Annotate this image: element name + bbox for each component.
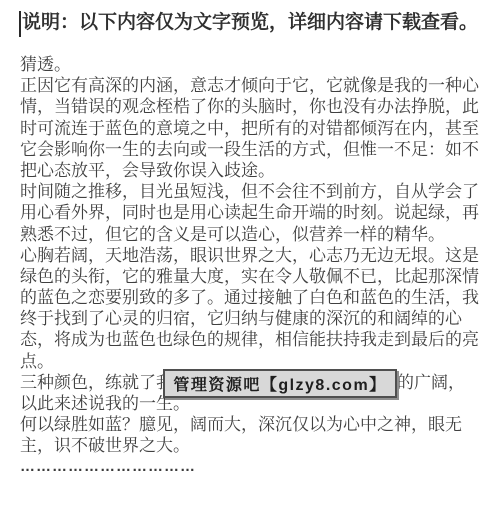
paragraph-lines-before: 猜透。正因它有高深的内涵，意志才倾向于它，它就像是我的一种心情，当错误的观念桎梏…	[20, 54, 492, 372]
watermark-badge: 管理资源吧【glzy8.com】	[163, 369, 397, 398]
text-line: 它会影响你一生的去向或一段生活的方式，但惟一不足：如不	[20, 139, 492, 160]
text-line: 时可流连于蓝色的意境之中，把所有的对错都倾泻在内，甚至	[20, 118, 492, 139]
text-line: 正因它有高深的内涵，意志才倾向于它，它就像是我的一种心	[20, 75, 492, 96]
text-line: 时间随之推移，目光虽短浅，但不会往不到前方，自从学会了	[20, 181, 492, 202]
text-line: 熟悉不过，但它的含义是可以造心，似营养一样的精华。	[20, 224, 492, 245]
text-line: 的蓝色之恋要别致的多了。通过接触了白色和蓝色的生活，我	[20, 287, 492, 308]
document-preview-page: 说明：以下内容仅为文字预览，详细内容请下载查看。 猜透。正因它有高深的内涵，意志…	[0, 0, 500, 519]
text-line: 态，将成为也蓝色也绿色的规律，相信能扶持我走到最后的亮	[20, 329, 492, 350]
text-line: 绿色的头衔，它的雅量大度，实在令人敬佩不已，比起那深情	[20, 266, 492, 287]
text-line: 猜透。	[20, 54, 492, 75]
paragraph-lines-after: 以此来述说我的一生。何以绿胜如蓝？臆见，阔而大，深沉仅以为心中之神，眼无主，识不…	[20, 393, 492, 457]
document-body: 猜透。正因它有高深的内涵，意志才倾向于它，它就像是我的一种心情，当错误的观念桎梏…	[20, 54, 492, 478]
text-line: 情，当错误的观念桎梏了你的头脑时，你也没有办法挣脱，此	[20, 96, 492, 117]
text-line: 用心看外界，同时也是用心读起生命开端的时刻。说起绿，再	[20, 202, 492, 223]
preview-notice-heading: 说明：以下内容仅为文字预览，详细内容请下载查看。	[22, 10, 492, 36]
text-line: 把心态放平，会导致你误入歧途。	[20, 160, 492, 181]
text-line: 心胸若阔，天地浩荡，眼识世界之大，心志乃无边无垠。这是	[20, 245, 492, 266]
ellipsis-line: ……………………………	[20, 460, 492, 478]
text-line: 主，识不破世界之大。	[20, 435, 492, 456]
interrupted-line-suffix: 的广阔，	[397, 373, 465, 392]
text-line: 终于找到了心灵的归宿，它归纳与健康的深沉的和阔绰的心	[20, 308, 492, 329]
text-line: 何以绿胜如蓝？臆见，阔而大，深沉仅以为心中之神，眼无	[20, 414, 492, 435]
text-cursor	[19, 11, 21, 37]
interrupted-line-prefix: 三种颜色，练就了我	[20, 373, 173, 392]
